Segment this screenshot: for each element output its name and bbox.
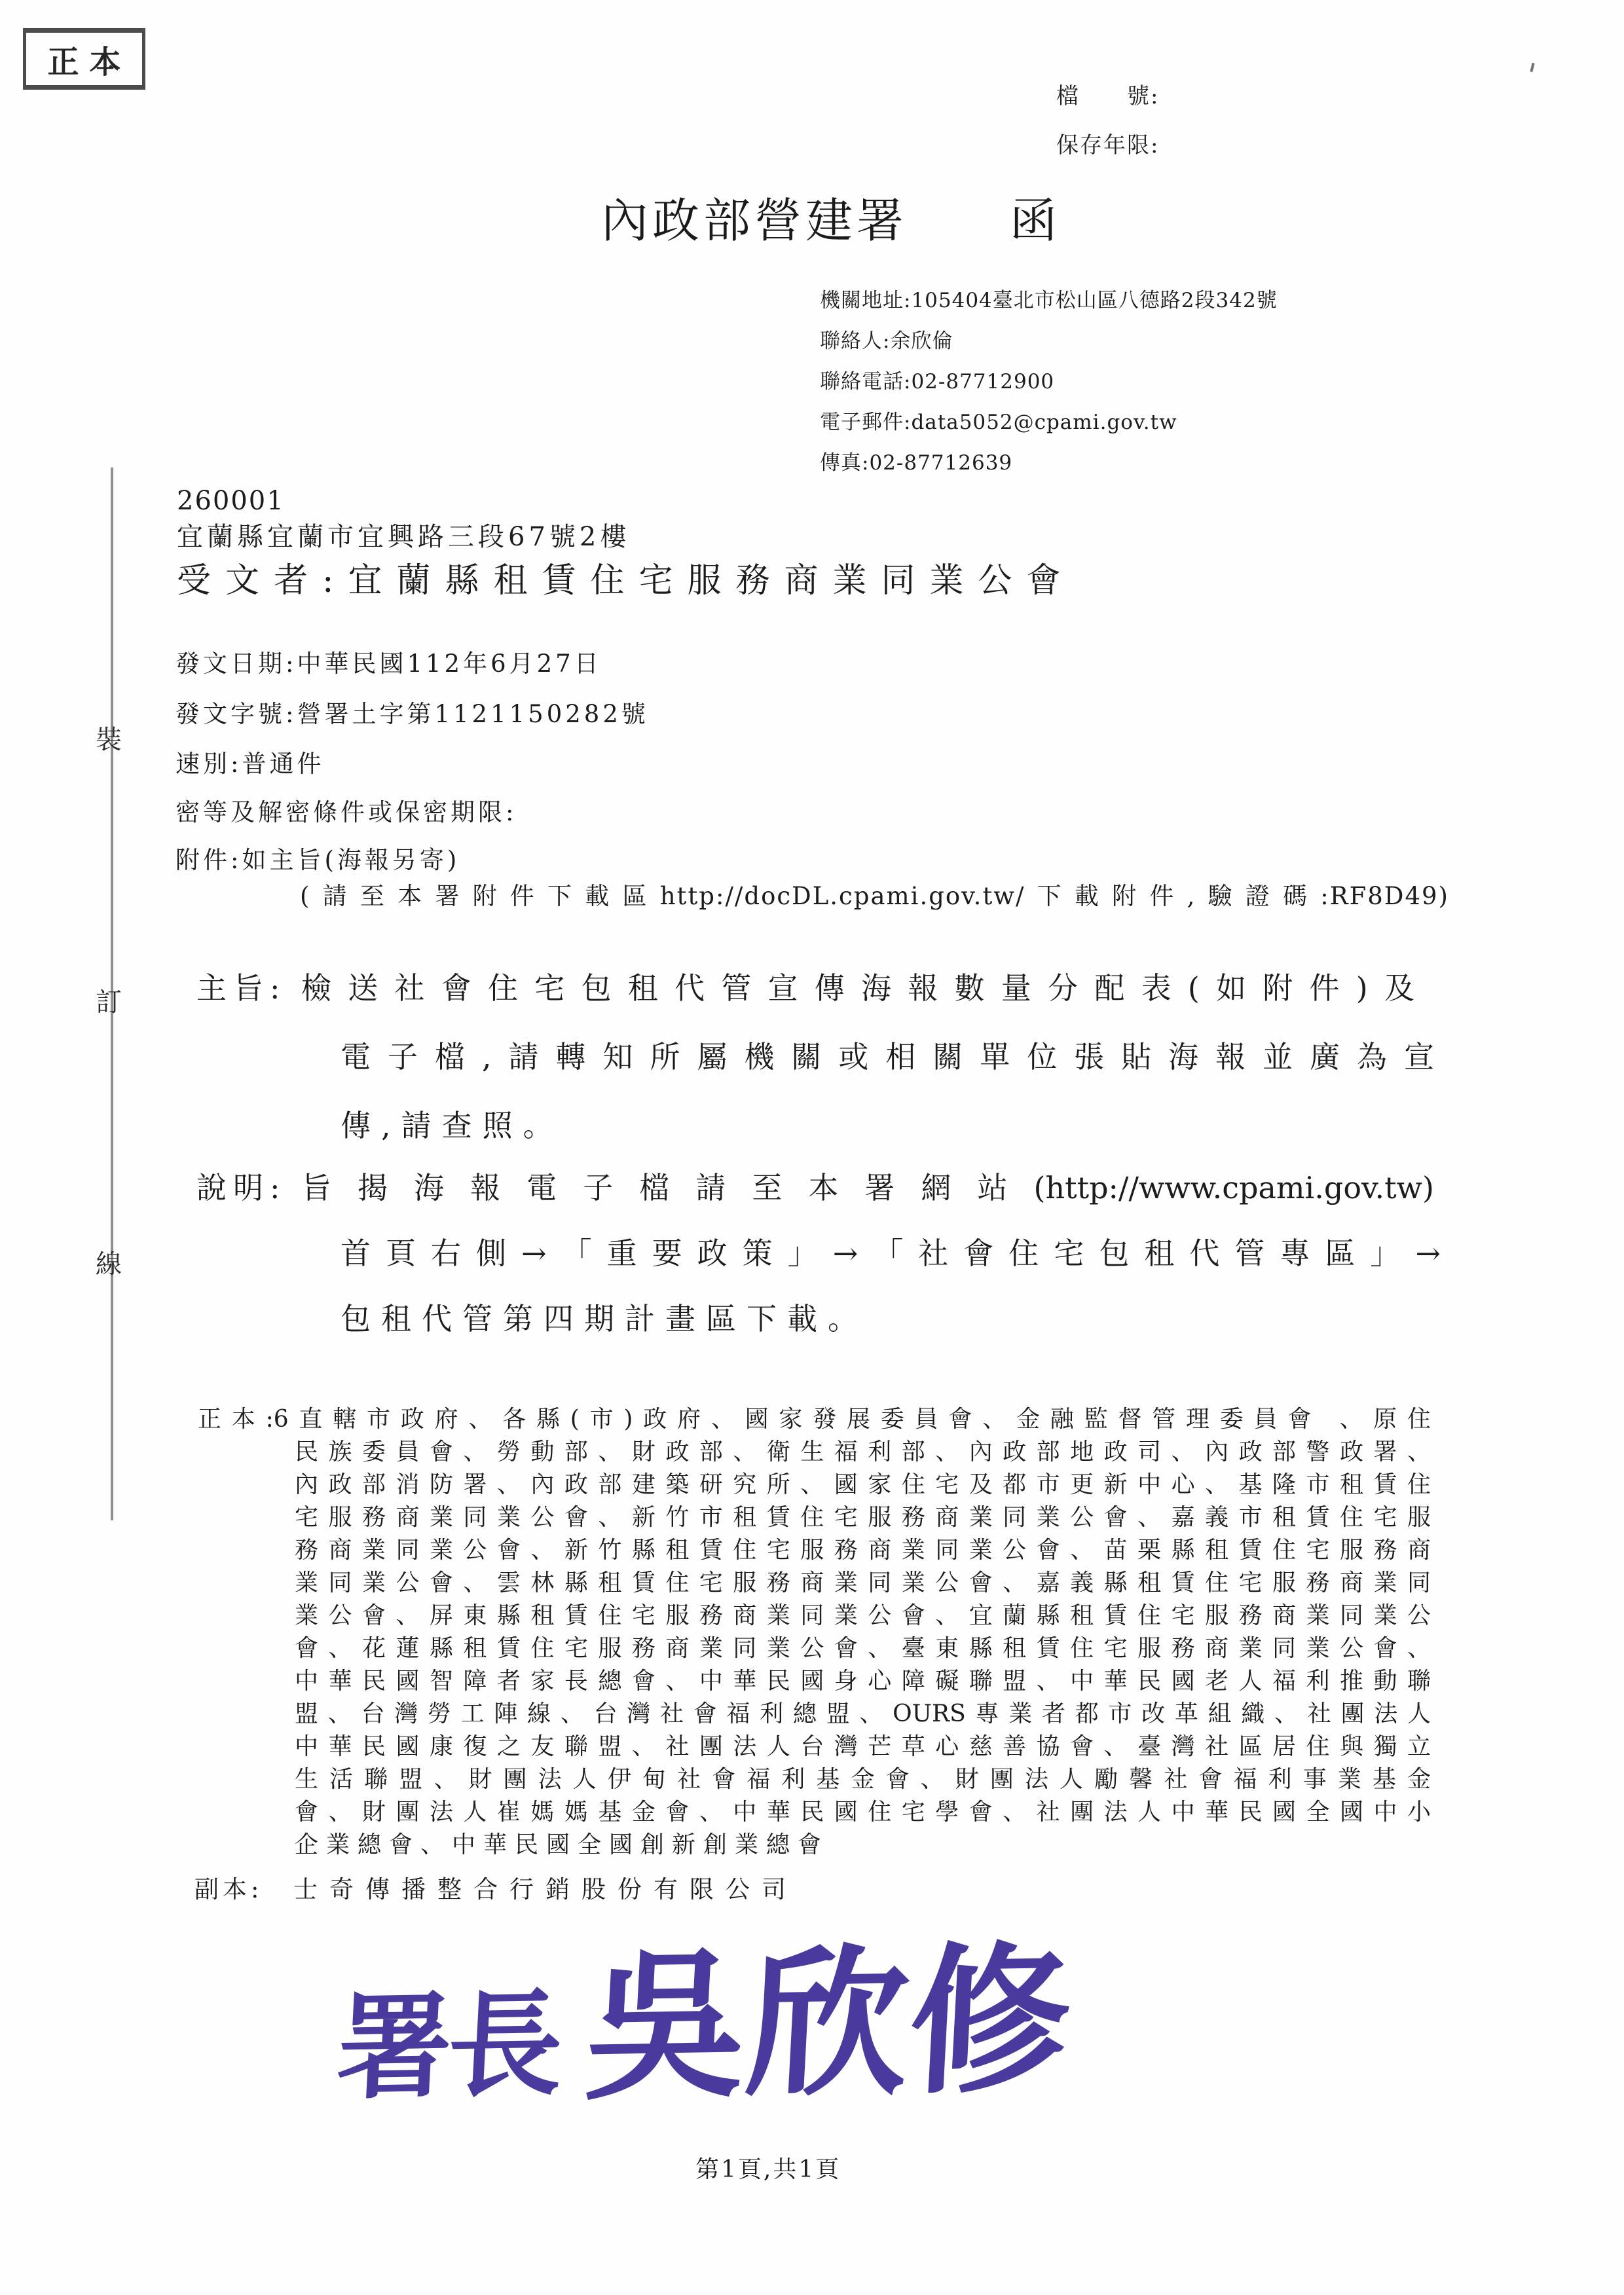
subject-line-1: 檢送社會住宅包租代管宣傳海報數量分配表(如附件)及 — [301, 971, 1414, 1006]
recipients-line-6: 業同業公會、雲林縣租賃住宅服務商業同業公會、嘉義縣租賃住宅服務商業同 — [295, 1570, 1431, 1596]
binding-mark-zhuang: 裝 — [96, 725, 122, 755]
subject-line-3: 傳,請查照。 — [341, 1109, 564, 1143]
meta-issue-date: 發文日期:中華民國112年6月27日 — [175, 650, 602, 678]
signature-name: 吳欣修 — [581, 1928, 1077, 2121]
binding-mark-ding: 訂 — [96, 987, 122, 1018]
document-title: 內政部營建署 函 — [601, 194, 1061, 248]
retention-period-label: 保存年限: — [1056, 133, 1159, 158]
description-line-1: 旨揭海報電子檔請至本署網站(http://www.cpami.gov.tw) — [301, 1171, 1434, 1205]
cc-value: 士奇傳播整合行銷股份有限公司 — [293, 1876, 798, 1904]
page-number: 第1頁,共1頁 — [695, 2156, 841, 2183]
attachment-download-note: (請至本署附件下載區http://docDL.cpami.gov.tw/下載附件… — [300, 883, 1449, 911]
recipients-line-7: 業公會、屏東縣租賃住宅服務商業同業公會、宜蘭縣租賃住宅服務商業同業公 — [295, 1602, 1431, 1629]
signature-title: 署長 — [334, 1979, 563, 2114]
recipients-line-4: 宅服務商業同業公會、新竹市租賃住宅服務商業同業公會、嘉義市租賃住宅服 — [295, 1504, 1431, 1531]
recipient-zip: 260001 — [177, 486, 285, 516]
recipients-line-3: 內政部消防署、內政部建築研究所、國家住宅及都市更新中心、基隆市租賃住 — [295, 1471, 1431, 1498]
recipients-line-1: 正本:6直轄市政府、各縣(市)政府、國家發展委員會、金融監督管理委員會 、原住 — [198, 1406, 1431, 1433]
recipients-line-9: 中華民國智障者家長總會、中華民國身心障礙聯盟、中華民國老人福利推動聯 — [295, 1668, 1431, 1695]
recipients-line-14: 企業總會、中華民國全國創新創業總會 — [295, 1831, 829, 1858]
meta-speed-class: 速別:普通件 — [175, 750, 324, 779]
official-letter-page: 正本 檔 號: 保存年限: 內政部營建署 函 機關地址:105404臺北市松山區… — [0, 0, 1624, 2295]
agency-contact-person: 聯絡人:余欣倫 — [820, 321, 1278, 361]
agency-address: 機關地址:105404臺北市松山區八德路2段342號 — [820, 280, 1278, 321]
recipients-line-10: 盟、台灣勞工陣線、台灣社會福利總盟、OURS專業者都市改革組織、社團法人 — [295, 1700, 1431, 1727]
agency-fax: 傳真:02-87712639 — [820, 443, 1278, 483]
recipients-line-1-text: 6直轄市政府、各縣(市)政府、國家發展委員會、金融監督管理委員會 、原住 — [274, 1406, 1431, 1433]
agency-phone: 聯絡電話:02-87712900 — [820, 361, 1278, 402]
agency-contact-block: 機關地址:105404臺北市松山區八德路2段342號 聯絡人:余欣倫 聯絡電話:… — [820, 280, 1278, 483]
recipients-label: 正本: — [198, 1406, 274, 1433]
description-line-2: 首頁右側→「重要政策」→「社會住宅包租代管專區」→ — [341, 1236, 1441, 1271]
meta-attachment: 附件:如主旨(海報另寄) — [175, 847, 460, 875]
description-line-3: 包租代管第四期計畫區下載。 — [341, 1302, 868, 1336]
recipients-line-5: 務商業同業公會、新竹縣租賃住宅服務商業同業公會、苗栗縣租賃住宅服務商 — [295, 1537, 1431, 1564]
binding-mark-xian: 線 — [96, 1249, 122, 1279]
description-label: 說明: — [196, 1171, 287, 1205]
copy-type-stamp: 正本 — [23, 28, 145, 90]
recipient-address: 宜蘭縣宜蘭市宜興路三段67號2樓 — [177, 522, 630, 552]
recipients-line-2: 民族委員會、勞動部、財政部、衛生福利部、內政部地政司、內政部警政署、 — [295, 1439, 1431, 1465]
subject-line-2: 電子檔,請轉知所屬機關或相關單位張貼海報並廣為宣 — [341, 1040, 1434, 1074]
recipient-line: 受文者:宜蘭縣租賃住宅服務商業同業公會 — [177, 562, 1075, 601]
recipients-line-12: 生活聯盟、財團法人伊甸社會福利基金會、財團法人勵馨社會福利事業基金 — [295, 1766, 1431, 1793]
copy-type-label: 正本 — [37, 37, 131, 82]
subject-label: 主旨: — [196, 971, 287, 1006]
cc-label: 副本: — [194, 1876, 263, 1904]
scan-artifact-mark — [1530, 63, 1534, 73]
recipients-line-11: 中華民國康復之友聯盟、社團法人台灣芒草心慈善協會、臺灣社區居住與獨立 — [295, 1733, 1431, 1760]
recipients-line-8: 會、花蓮縣租賃住宅服務商業同業公會、臺東縣租賃住宅服務商業同業公會、 — [295, 1635, 1431, 1662]
meta-doc-number: 發文字號:營署土字第1121150282號 — [175, 701, 649, 729]
meta-secrecy: 密等及解密條件或保密期限: — [175, 799, 517, 827]
recipients-line-13: 會、財團法人崔媽媽基金會、中華民國住宅學會、社團法人中華民國全國中小 — [295, 1799, 1431, 1826]
file-number-label: 檔 號: — [1056, 84, 1159, 109]
agency-email: 電子郵件:data5052@cpami.gov.tw — [820, 402, 1278, 443]
